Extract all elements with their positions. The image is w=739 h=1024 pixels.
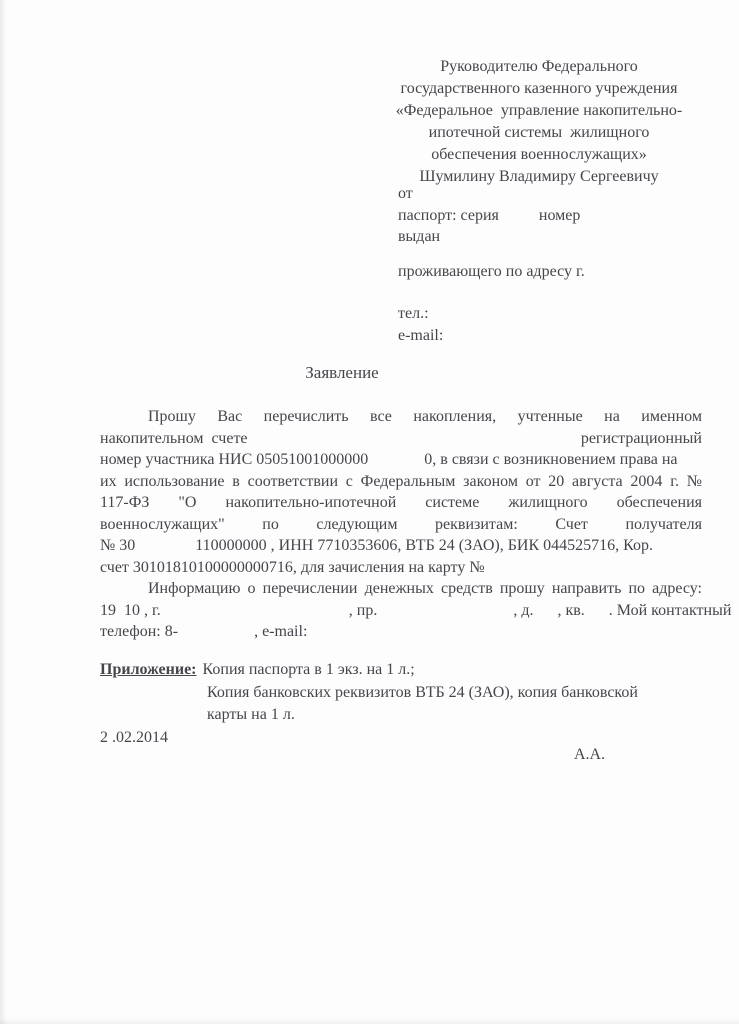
attachment-item: карты на 1 л. bbox=[207, 704, 702, 727]
sender-block: от паспорт: серия номер выдан проживающе… bbox=[398, 183, 708, 346]
scanned-application-page: Руководителю Федерального государственно… bbox=[0, 0, 739, 1024]
body-line: накопительном счете регистрационный bbox=[100, 428, 702, 450]
issued-label: выдан bbox=[398, 226, 708, 248]
body-line: счет 30101810100000000716, для зачислени… bbox=[100, 557, 702, 579]
signature-initials: А.А. bbox=[574, 744, 605, 766]
addressee-line: Руководителю Федерального bbox=[384, 56, 694, 78]
addressee-line: государственного казенного учреждения bbox=[384, 78, 694, 100]
attachment-item: Копия паспорта в 1 экз. на 1 л.; bbox=[203, 661, 415, 678]
phone-label: тел.: bbox=[398, 303, 708, 325]
body-line-right: регистрационный bbox=[581, 428, 702, 450]
document-date: 2 .02.2014 bbox=[100, 727, 702, 750]
application-body: Прошу Вас перечислить все накопления, уч… bbox=[100, 406, 702, 643]
addressee-line: обеспечения военнослужащих» bbox=[384, 144, 694, 166]
body-line-left: накопительном счете bbox=[100, 428, 248, 450]
addressee-block: Руководителю Федерального государственно… bbox=[384, 56, 694, 188]
body-line: их использование в соответствии с Федера… bbox=[100, 471, 702, 493]
body-line: телефон: 8- , e-mail: bbox=[100, 621, 702, 643]
body-line: военнослужащих" по следующим реквизитам:… bbox=[100, 514, 702, 536]
body-line: 19 10 , г. , пр. , д. , кв. . Мой контак… bbox=[100, 600, 702, 622]
addressee-line: «Федеральное управление накопительно- bbox=[384, 100, 694, 122]
body-line: № 30 110000000 , ИНН 7710353606, ВТБ 24 … bbox=[100, 535, 702, 557]
body-line: Прошу Вас перечислить все накопления, уч… bbox=[100, 406, 702, 428]
addressee-line: ипотечной системы жилищного bbox=[384, 122, 694, 144]
body-line: Информацию о перечислении денежных средс… bbox=[100, 578, 702, 600]
attachment-first-line: Приложение:Копия паспорта в 1 экз. на 1 … bbox=[100, 659, 702, 682]
attachment-item: Копия банковских реквизитов ВТБ 24 (ЗАО)… bbox=[207, 682, 702, 705]
residence-line: проживающего по адресу г. bbox=[398, 261, 708, 283]
body-line: 117-ФЗ "О накопительно-ипотечной системе… bbox=[100, 492, 702, 514]
from-label: от bbox=[398, 183, 708, 205]
attachment-block: Приложение:Копия паспорта в 1 экз. на 1 … bbox=[100, 659, 702, 749]
body-line: номер участника НИС 05051001000000 0, в … bbox=[100, 449, 702, 471]
paragraph-transfer-request: Прошу Вас перечислить все накопления, уч… bbox=[100, 406, 702, 578]
paragraph-notification-address: Информацию о перечислении денежных средс… bbox=[100, 578, 702, 643]
attachment-label: Приложение: bbox=[100, 661, 197, 678]
email-label: e-mail: bbox=[398, 325, 708, 347]
document-title: Заявление bbox=[0, 362, 684, 384]
passport-line: паспорт: серия номер bbox=[398, 205, 708, 227]
